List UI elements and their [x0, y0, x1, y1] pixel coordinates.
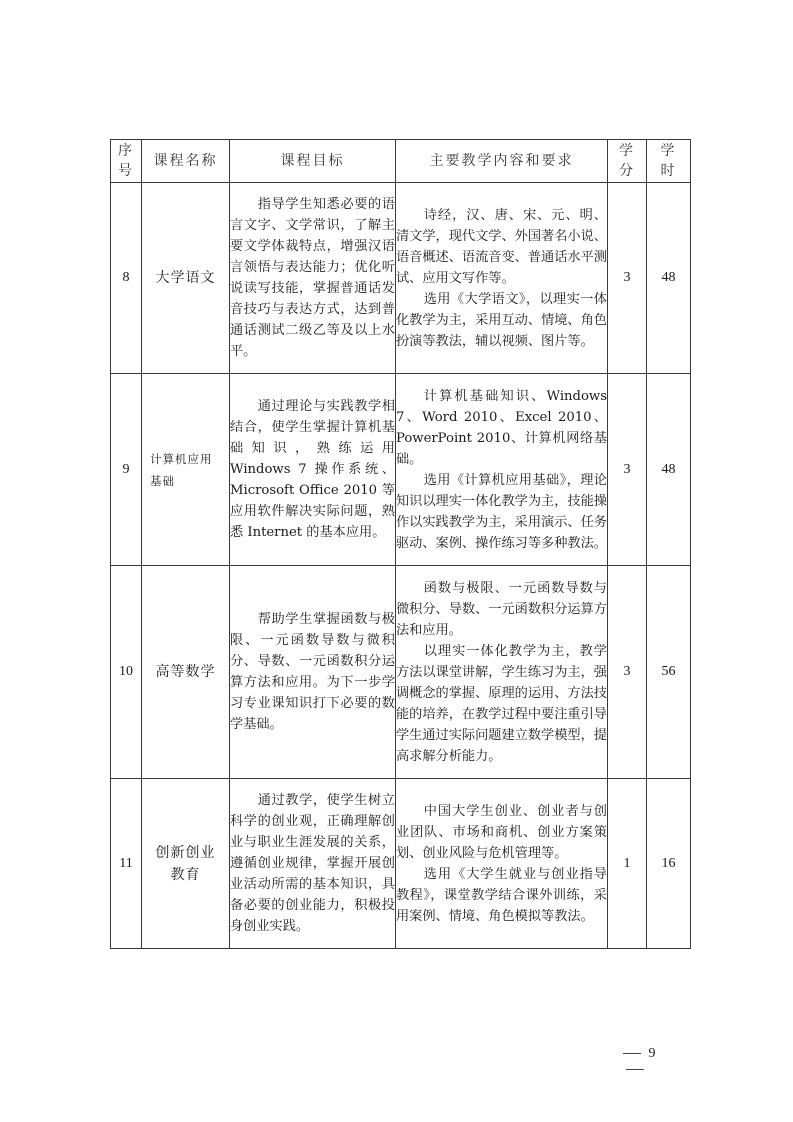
header-credit: 学 分: [608, 140, 647, 183]
table-row: 8 大学语文 指导学生知悉必要的语言文字、文学常识，了解主要文学体裁特点，增强汉…: [111, 183, 691, 374]
row-hours: 16: [647, 779, 691, 949]
row-course-name: 高等数学: [142, 566, 230, 779]
dash-right: [626, 1069, 644, 1070]
table-header-row: 序 号 课程名称 课程目标 主要教学内容和要求 学 分 学 时: [111, 140, 691, 183]
table-row: 11 创新创业 教育 通过教学，使学生树立科学的创业观，正确理解创业与职业生涯发…: [111, 779, 691, 949]
row-credit: 3: [608, 374, 647, 566]
header-name: 课程名称: [142, 140, 230, 183]
header-content: 主要教学内容和要求: [396, 140, 608, 183]
row-content: 函数与极限、一元函数导数与微积分、导数、一元函数积分运算方法和应用。 以理实一体…: [396, 566, 608, 779]
row-course-name: 大学语文: [142, 183, 230, 374]
row-goal: 帮助学生掌握函数与极限、一元函数导数与微积分、导数、一元函数积分运算方法和应用。…: [230, 566, 396, 779]
row-no: 10: [111, 566, 142, 779]
row-credit: 1: [608, 779, 647, 949]
table-row: 9 计算机应用 基础 通过理论与实践教学相结合，使学生掌握计算机基础知识，熟练运…: [111, 374, 691, 566]
row-credit: 3: [608, 183, 647, 374]
row-content: 计算机基础知识、Windows 7、Word 2010、Excel 2010、P…: [396, 374, 608, 566]
dash-left: [623, 1053, 641, 1054]
row-course-name: 计算机应用 基础: [142, 374, 230, 566]
table-row: 10 高等数学 帮助学生掌握函数与极限、一元函数导数与微积分、导数、一元函数积分…: [111, 566, 691, 779]
row-hours: 56: [647, 566, 691, 779]
header-no: 序 号: [111, 140, 142, 183]
row-no: 8: [111, 183, 142, 374]
row-hours: 48: [647, 183, 691, 374]
row-hours: 48: [647, 374, 691, 566]
row-credit: 3: [608, 566, 647, 779]
page-number: 9: [600, 1046, 670, 1078]
row-goal: 通过理论与实践教学相结合，使学生掌握计算机基础知识，熟练运用 Windows 7…: [230, 374, 396, 566]
row-no: 11: [111, 779, 142, 949]
row-content: 诗经，汉、唐、宋、元、明、清文学，现代文学、外国著名小说、语音概述、语流音变、普…: [396, 183, 608, 374]
course-table: 序 号 课程名称 课程目标 主要教学内容和要求 学 分 学 时 8 大学语文 指…: [110, 139, 691, 949]
header-hours: 学 时: [647, 140, 691, 183]
row-goal: 通过教学，使学生树立科学的创业观，正确理解创业与职业生涯发展的关系，遵循创业规律…: [230, 779, 396, 949]
header-goal: 课程目标: [230, 140, 396, 183]
row-course-name: 创新创业 教育: [142, 779, 230, 949]
row-content: 中国大学生创业、创业者与创业团队、市场和商机、创业方案策划、创业风险与危机管理等…: [396, 779, 608, 949]
row-no: 9: [111, 374, 142, 566]
row-goal: 指导学生知悉必要的语言文字、文学常识，了解主要文学体裁特点，增强汉语言领悟与表达…: [230, 183, 396, 374]
